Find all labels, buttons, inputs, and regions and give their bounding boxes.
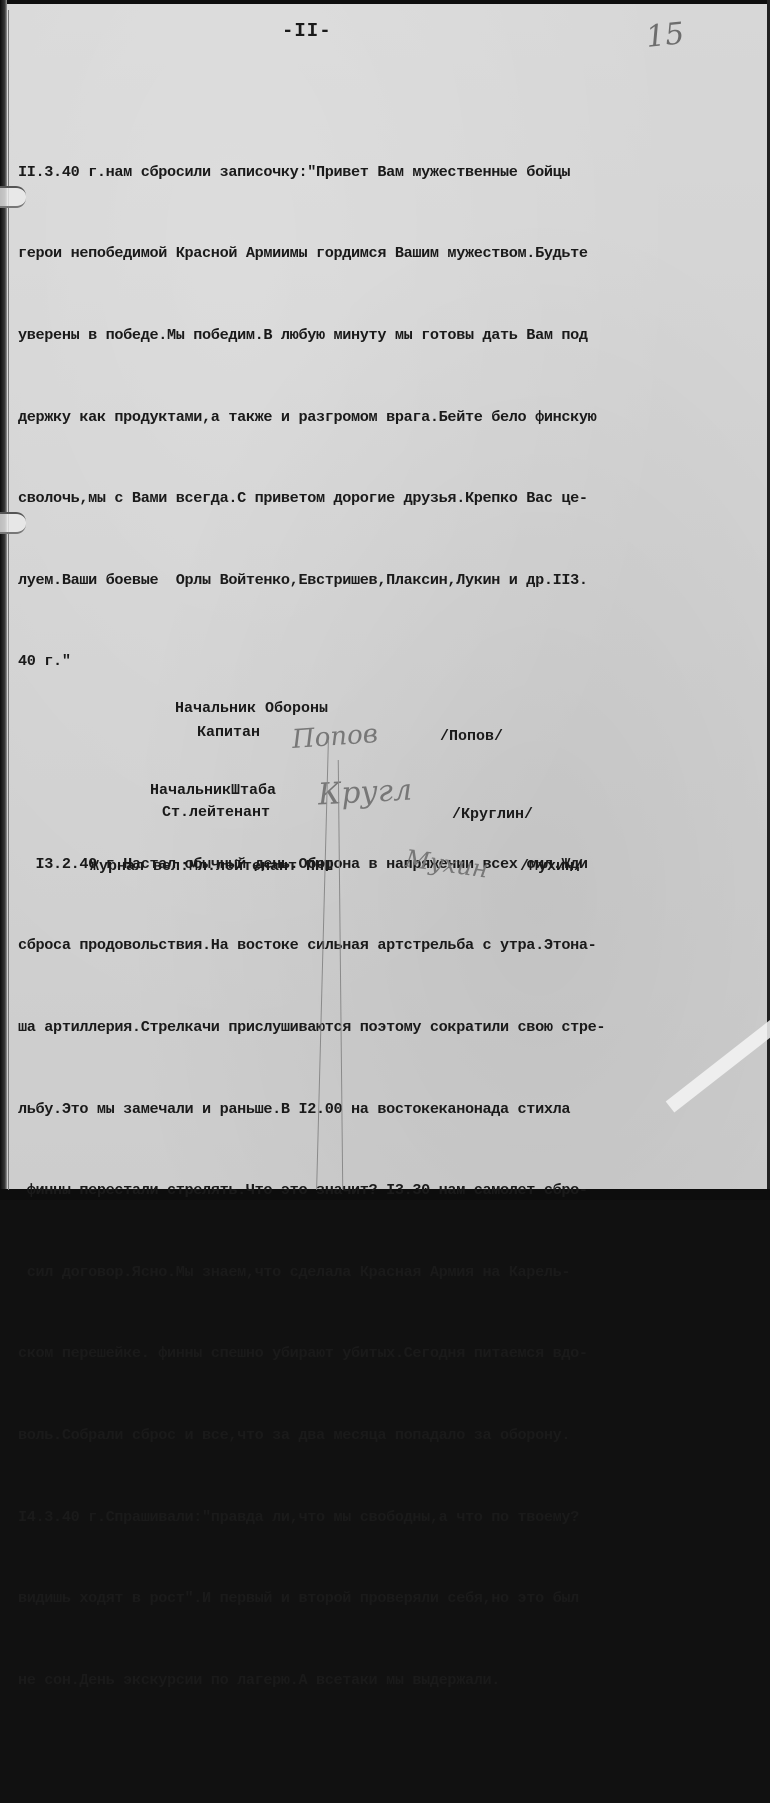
handwritten-signature: Попов <box>291 719 379 755</box>
signatory-rank: Ст.лейтенант <box>162 804 270 821</box>
handwritten-signature: Кругл <box>317 773 413 813</box>
paragraph-ceasefire: I3.2.40 г.Настал обычный день.Оборона в … <box>18 796 763 1200</box>
text-line: ша артиллерия.Стрелкачи прислушиваются п… <box>18 1014 763 1041</box>
text-line: II.3.40 г.нам сбросили записочку:"Привет… <box>18 159 763 186</box>
signatory-title: НачальникШтаба <box>150 782 276 799</box>
text-line: финны перестали стрелять.Что это значит?… <box>18 1177 763 1200</box>
document-scan: -II- 15 II.3.40 г.нам сбросили записочку… <box>0 0 770 1200</box>
text-line: уверены в победе.Мы победим.В любую мину… <box>18 322 763 349</box>
signatory-name: /Попов/ <box>440 728 503 745</box>
signatory-name: /Круглин/ <box>452 806 533 823</box>
signatory-name: /Мухин/ <box>520 858 583 875</box>
text-line: льбу.Это мы замечали и раньше.В I2.00 на… <box>18 1096 763 1123</box>
signatory-rank: Капитан <box>197 724 260 741</box>
journal-keeper-title: Журнал вел:Мл.лейтенант ПНШ <box>90 858 333 875</box>
text-line: 40 г." <box>18 648 763 675</box>
text-line: сброса продовольствия.На востоке сильная… <box>18 932 763 959</box>
text-line: луем.Ваши боевые Орлы Войтенко,Евстришев… <box>18 567 763 594</box>
text-line: герои непобедимой Красной Армиимы гордим… <box>18 240 763 267</box>
text-line: держку как продуктами,а также и разгромо… <box>18 404 763 431</box>
signatory-title: Начальник Обороны <box>175 700 328 717</box>
text-line: сволочь,мы с Вами всегда.С приветом доро… <box>18 485 763 512</box>
typed-body: II.3.40 г.нам сбросили записочку:"Привет… <box>18 50 763 1200</box>
scan-border-left <box>0 0 7 1200</box>
scan-border-top <box>0 0 770 4</box>
page-number: -II- <box>282 20 332 42</box>
paragraph-note-drop: II.3.40 г.нам сбросили записочку:"Привет… <box>18 104 763 730</box>
